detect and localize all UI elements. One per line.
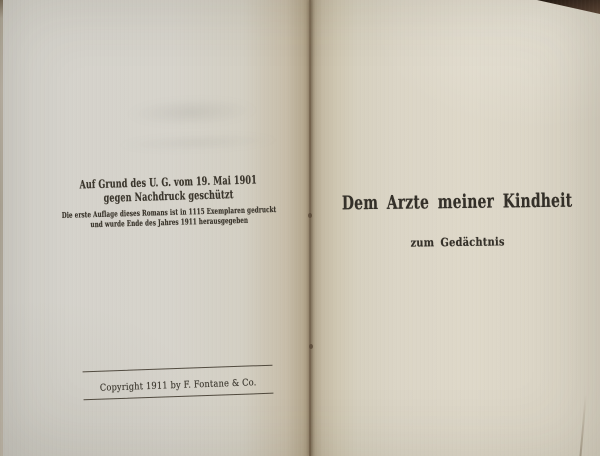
binding-speck xyxy=(309,344,313,349)
book-photo: Auf Grund des U. G. vom 19. Mai 1901 geg… xyxy=(0,0,600,456)
printing-notice-block: Auf Grund des U. G. vom 19. Mai 1901 geg… xyxy=(61,173,277,230)
copyright-line: Copyright 1911 by F. Fontane & Co. xyxy=(100,377,257,393)
dedication-title: Dem Arzte meiner Kindheit xyxy=(342,191,573,214)
page-edge-left xyxy=(0,0,3,456)
show-through-ghost xyxy=(128,96,257,128)
dedication-block: Dem Arzte meiner Kindheit zum Gedächtnis xyxy=(299,190,600,251)
show-through-ghost xyxy=(118,131,278,154)
